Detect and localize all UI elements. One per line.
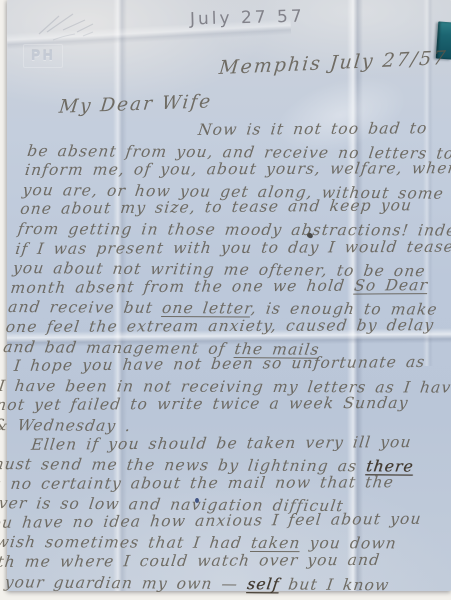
letter-line: with me where I could watch over you and xyxy=(0,551,448,573)
letter-line: one about my size, to tease and keep you xyxy=(19,196,451,220)
letter-text-segment: Ellen if you should be taken very ill yo… xyxy=(30,433,412,454)
letter-text-segment: if I was present with you to day I would… xyxy=(14,237,451,257)
letter-text-segment: & Wednesday . xyxy=(0,416,133,435)
scanned-letter: PH July 27 57 Memphis July 27/57 My Dear… xyxy=(0,0,451,600)
letter-text-segment: from getting in those moody abstractions… xyxy=(17,220,451,240)
letter-salutation: My Dear Wife xyxy=(58,91,213,117)
pencil-date-annotation: July 27 57 xyxy=(190,7,305,30)
letter-text-segment: I hope you have not been so unfortunate … xyxy=(13,353,426,375)
letter-text-segment: with me where I could watch over you and xyxy=(0,551,381,571)
letter-text-segment: inform me, of you, about yours, welfare,… xyxy=(24,159,451,179)
letter-dateline: Memphis July 27/57 xyxy=(218,47,448,79)
letter-text-segment: Now is it not too bad to xyxy=(197,119,429,139)
letter-text-segment: be your guardian my own — xyxy=(0,573,248,593)
letter-line: Ellen if you should be taken very ill yo… xyxy=(0,432,451,455)
letter-text-segment: not yet failed to write twice a week Sun… xyxy=(0,394,410,414)
letter-line: if I was present with you to day I would… xyxy=(14,237,451,259)
letter-text-segment: is no certainty about the mail now that … xyxy=(0,473,395,493)
letter-text-segment: month absent from the one we hold xyxy=(10,276,356,296)
letter-text-segment: So Dear xyxy=(353,276,429,295)
letter-line: month absent from the one we hold So Dea… xyxy=(9,275,451,298)
letter-text-segment: you have no idea how anxious I feel abou… xyxy=(0,510,423,532)
letter-line: be your guardian my own — self but I kno… xyxy=(0,573,445,596)
letter-line: not yet failed to write twice a week Sun… xyxy=(0,394,451,416)
letter-line: is no certainty about the mail now that … xyxy=(0,473,451,495)
letter-text-segment: but I know xyxy=(278,575,390,594)
letter-paper-sheet: PH July 27 57 Memphis July 27/57 My Dear… xyxy=(7,0,451,591)
letter-line: Now is it not too bad to xyxy=(29,119,451,142)
letter-text-segment: must send me the news by lightning as xyxy=(0,455,367,475)
letter-body: Now is it not too bad tobe absent from y… xyxy=(0,122,451,592)
letter-text-segment: one feel the extream anxiety, caused by … xyxy=(5,316,436,336)
letter-line: inform me, of you, about yours, welfare,… xyxy=(24,159,451,181)
letter-text-segment: self xyxy=(246,575,281,593)
letter-text-segment: I wish sometimes that I had xyxy=(0,533,252,552)
letter-line: one feel the extream anxiety, caused by … xyxy=(5,316,451,338)
letter-line: I hope you have not been so unfortunate … xyxy=(0,353,451,377)
letter-text-segment: and receive but xyxy=(7,298,163,317)
embossed-paper-seal: PH xyxy=(23,44,63,68)
letter-text-segment: one about my size, to tease and keep you xyxy=(19,197,413,219)
letter-text-segment: one letter xyxy=(161,299,252,318)
pencil-scribble-marks xyxy=(33,6,129,48)
letter-line: you have no idea how anxious I feel abou… xyxy=(0,509,451,533)
letter-text-segment: taken xyxy=(250,534,302,552)
